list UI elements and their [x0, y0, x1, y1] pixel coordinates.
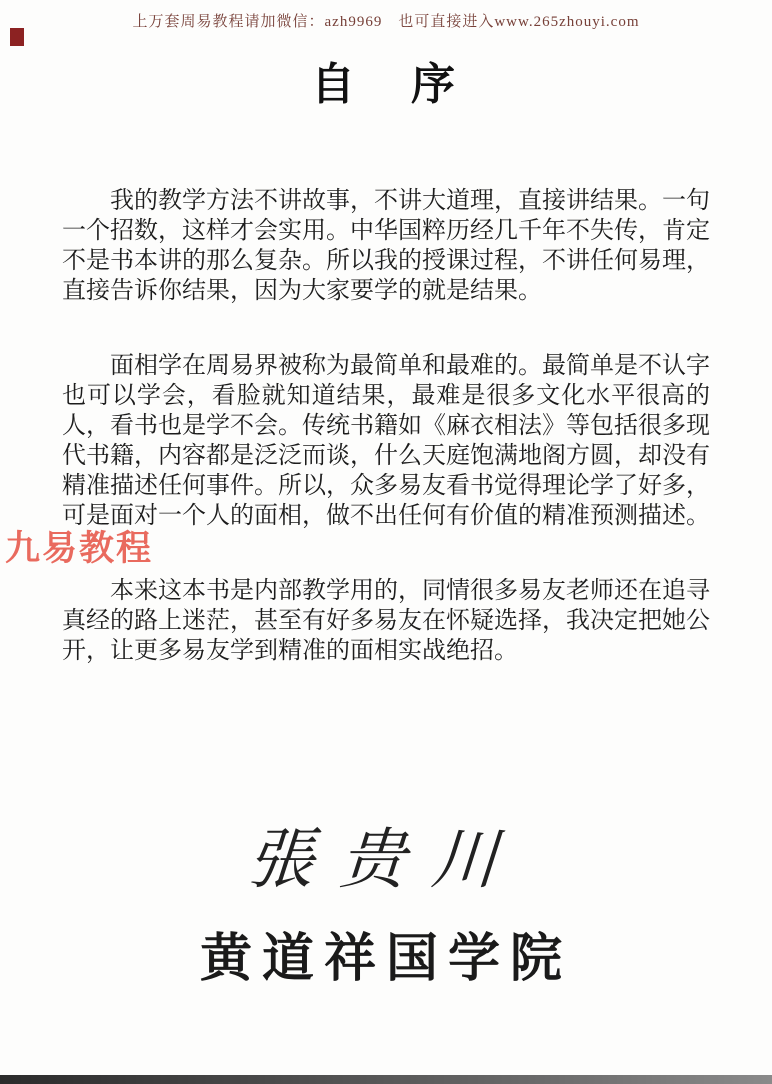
page-title: 自 序 [0, 48, 772, 112]
red-corner-mark [10, 28, 24, 46]
paragraph-3: 本来这本书是内部教学用的，同情很多易友老师还在追寻真经的路上迷茫，甚至有好多易友… [62, 576, 710, 666]
signature-block: 張贵川 [0, 806, 772, 901]
preface-body: 我的教学方法不讲故事，不讲大道理，直接讲结果。一句一个招数，这样才会实用。中华国… [62, 186, 710, 666]
academy-block: 黄道祥国学院 [0, 916, 772, 991]
academy-calligraphy-text: 黄道祥国学院 [200, 916, 572, 991]
promo-header-text: 上万套周易教程请加微信：azh9969 也可直接进入www.265zhouyi.… [0, 10, 772, 31]
author-handwritten-signature: 張贵川 [245, 806, 528, 901]
page-scan-edge [0, 1075, 772, 1084]
scanned-book-page: 上万套周易教程请加微信：azh9969 也可直接进入www.265zhouyi.… [0, 0, 772, 1084]
paragraph-2: 面相学在周易界被称为最简单和最难的。最简单是不认字也可以学会，看脸就知道结果，最… [62, 351, 710, 531]
paragraph-1: 我的教学方法不讲故事，不讲大道理，直接讲结果。一句一个招数，这样才会实用。中华国… [62, 186, 710, 306]
red-watermark-text: 九易教程 [5, 521, 153, 571]
